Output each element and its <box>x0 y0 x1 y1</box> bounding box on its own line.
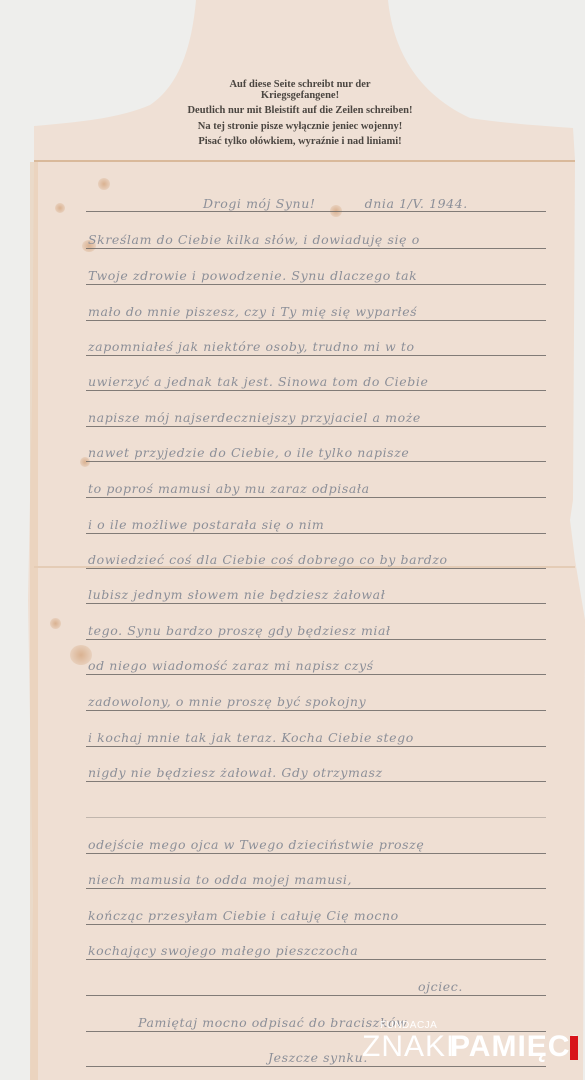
ruled-line <box>86 211 546 212</box>
ruled-line <box>86 639 546 640</box>
instruction-line: Na tej stronie pisze wyłącznie jeniec wo… <box>150 122 450 133</box>
ruled-line <box>86 603 546 604</box>
logo-thin-text: ZNAKI <box>362 1030 455 1064</box>
letter-line: dowiedzieć coś dla Ciebie coś dobrego co… <box>88 552 548 567</box>
letter-line: uwierzyć a jednak tak jest. Sinowa tom d… <box>88 374 548 389</box>
ruled-line <box>86 710 546 711</box>
letter-line: tego. Synu bardzo proszę gdy będziesz mi… <box>88 623 548 638</box>
ruled-line <box>86 355 546 356</box>
ruled-line <box>86 390 546 391</box>
letter-line: kończąc przesyłam Ciebie i całuję Cię mo… <box>88 908 548 923</box>
ruled-line <box>86 853 546 854</box>
letter-line: od niego wiadomość zaraz mi napisz czyś <box>88 658 548 673</box>
letter-line: zadowolony, o mnie proszę być spokojny <box>88 694 548 709</box>
letter-line: kochający swojego małego pieszczocha <box>88 943 548 958</box>
printed-instructions: Auf diese Seite schreibt nur der Kriegsg… <box>150 80 450 148</box>
instruction-line: Kriegsgefangene! <box>150 91 450 102</box>
ruled-line <box>86 533 546 534</box>
letter-line: odejście mego ojca w Twego dzieciństwie … <box>88 837 548 852</box>
letter-line: lubisz jednym słowem nie będziesz żałowa… <box>88 587 548 602</box>
ruled-line <box>86 817 546 818</box>
instruction-line: Pisać tylko ołówkiem, wyraźnie i nad lin… <box>150 137 450 148</box>
letter-line: i o ile możliwe postarała się o nim <box>88 517 548 532</box>
greeting: Drogi mój Synu! <box>203 196 315 211</box>
letter-line: i kochaj mnie tak jak teraz. Kocha Ciebi… <box>88 730 548 745</box>
letter-line: mało do mnie piszesz, czy i Ty mię się w… <box>88 304 548 319</box>
letter-line: nigdy nie będziesz żałował. Gdy otrzymas… <box>88 765 548 780</box>
stain <box>98 178 110 190</box>
fundacja-znaki-pamieci-logo: FUNDACJA ZNAKI PAMIĘCI <box>362 1020 582 1080</box>
ruled-line <box>86 674 546 675</box>
letter-heading-line: Drogi mój Synu! dnia 1/V. 1944. <box>88 196 548 211</box>
instruction-line: Deutlich nur mit Bleistift auf die Zeile… <box>150 106 450 117</box>
letter-line: to poproś mamusi aby mu zaraz odpisała <box>88 481 548 496</box>
ruled-line <box>86 995 546 996</box>
letter-line: Twoje zdrowie i powodzenie. Synu dlaczeg… <box>88 268 548 283</box>
stain <box>55 203 65 213</box>
ruled-line <box>86 461 546 462</box>
ruled-line <box>86 320 546 321</box>
ruled-line <box>86 924 546 925</box>
ruled-line <box>86 497 546 498</box>
ruled-line <box>86 781 546 782</box>
logo-bold-text: PAMIĘCI <box>450 1030 580 1064</box>
ruled-line <box>86 888 546 889</box>
ruled-line <box>86 959 546 960</box>
signature: ojciec. <box>88 979 548 994</box>
letter-line: zapomniałeś jak niektóre osoby, trudno m… <box>88 339 548 354</box>
letter-page: Auf diese Seite schreibt nur der Kriegsg… <box>0 0 585 1080</box>
letter-line: napisze mój najserdeczniejszy przyjaciel… <box>88 410 548 425</box>
letter-line: niech mamusia to odda mojej mamusi, <box>88 872 548 887</box>
ruled-line <box>86 426 546 427</box>
logo-red-bar <box>570 1036 578 1060</box>
ruled-line <box>86 746 546 747</box>
ruled-line <box>86 248 546 249</box>
ruled-line <box>86 284 546 285</box>
letter-line: nawet przyjedzie do Ciebie, o ile tylko … <box>88 445 548 460</box>
ruled-line <box>86 568 546 569</box>
date: dnia 1/V. 1944. <box>365 196 468 211</box>
stain <box>50 618 61 629</box>
instruction-line: Auf diese Seite schreibt nur der <box>150 80 450 91</box>
letter-line: Skreślam do Ciebie kilka słów, i dowiadu… <box>88 232 548 247</box>
